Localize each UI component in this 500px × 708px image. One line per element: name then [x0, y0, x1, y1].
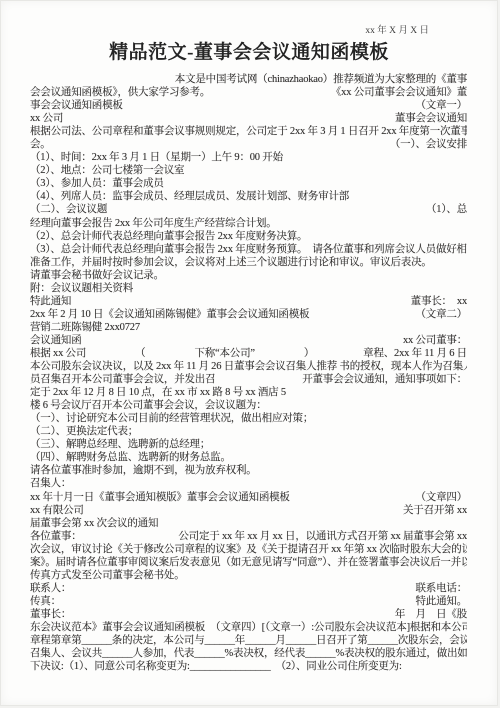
document-line: xx 公司董事会会议通知 [30, 112, 467, 125]
line-text: 本文是中国考试网（chinazhaokao）推荐频道为大家整理的《董事 [175, 73, 467, 86]
line-text: 定于 2xx 年 12 月 8 日 10 点，在 xx 市 xx 路 8 号 x… [30, 386, 286, 399]
line-text: 特此通知。 [416, 595, 468, 608]
line-text: 董事长： [30, 608, 71, 621]
document-line: 东会决议范本》董事会会议通知函模板 （文章四）[（文章一）:公司股东会决议范本]… [30, 621, 467, 634]
line-text: 届董事会第 xx 次会议的通知 [30, 517, 158, 530]
document-line: 定于 2xx 年 12 月 8 日 10 点，在 xx 市 xx 路 8 号 x… [30, 386, 467, 399]
document-line: 章程第章第______条的决定，本公司与______年______月______… [30, 634, 467, 647]
line-text: （一）、会议安排 [390, 138, 467, 151]
line-text: 楼 6 号会议厅召开本公司董事会会议，会议议题为： [30, 399, 267, 412]
line-text: 经理向董事会报告 2xx 年公司年度生产经营综合计划。 [30, 217, 277, 230]
line-text: 联系人： [30, 582, 71, 595]
line-text: 开董事会会议通知，通知事项如下： [302, 373, 467, 386]
line-text: 董事会会议通知 [395, 112, 467, 125]
line-text: （1）、总 [426, 203, 467, 216]
document-line: 附：会议议题相关资料 [30, 282, 467, 295]
document-line: xx 年十月一日《董事会通知模版》董事会会议通知函模板（文章四） [30, 491, 467, 504]
document-line: 请董事会秘书做好会议记录。 [30, 269, 467, 282]
line-text: 事会会议通知函模板 [30, 99, 123, 112]
line-text: 下称“本公司” [194, 347, 254, 360]
line-text: 根据 xx 公司 [30, 347, 86, 360]
line-text: （二）、会议议题 [30, 203, 107, 216]
document-line: 事会会议通知函模板（文章一） [30, 99, 467, 112]
line-text: 本公司股东会议决议，以及 2xx 年 11 月 26 日董事会会议召集人推荐 书… [30, 360, 467, 373]
document-line: 准备工作，并届时按时参加会议，会议将对上述三个议题进行讨论和审议。审议后表决。 [30, 256, 467, 269]
line-text: 召集人、会议共______人参加，代表______%表决权，经代表______%… [30, 647, 467, 660]
document-line: （2）、总会计师代表总经理向董事会报告 2xx 年度财务决算。 [30, 230, 467, 243]
line-text: xx 公司 [30, 112, 63, 125]
line-text: 请董事会秘书做好会议记录。 [30, 269, 164, 282]
document-body: 本文是中国考试网（chinazhaokao）推荐频道为大家整理的《董事会会议通知… [1, 73, 497, 673]
line-text: xx 公司董事： [403, 334, 467, 347]
line-text: 下决议:（1）、同意公司名称变更为:________________ （2）、同… [30, 660, 402, 673]
line-text: 各位董事： [30, 530, 82, 543]
document-line: （一）、讨论研究本公司目前的经营管理状况，做出相应对策； [30, 412, 467, 425]
line-text: （4）、列席人员：监事会成员、经理层成员、发展计划部、财务审计部 [30, 190, 349, 203]
line-text: 关于召开第 xx [403, 504, 467, 517]
document-line: 楼 6 号会议厅召开本公司董事会会议，会议议题为： [30, 399, 467, 412]
line-text: （ [135, 347, 145, 360]
document-line: 本公司股东会议决议，以及 2xx 年 11 月 26 日董事会会议召集人推荐 书… [30, 360, 467, 373]
page-title: 精品范文-董事会会议通知函模板 [1, 41, 497, 64]
line-text: （3）、参加人员：董事会成员 [30, 177, 164, 190]
line-text: 章程第章第______条的决定，本公司与______年______月______… [30, 634, 467, 647]
line-text: 附：会议议题相关资料 [30, 282, 133, 295]
document-line: 传真方式发至公司董事会秘书处。 [30, 569, 467, 582]
document-line: 会会议通知函模板》，供大家学习参考。《xx 公司董事会会议通知》董 [30, 86, 467, 99]
document-line: （3）、参加人员：董事会成员 [30, 177, 467, 190]
line-text: 传真方式发至公司董事会秘书处。 [30, 569, 185, 582]
line-text: 营销二班陈锡健 2xx0727 [30, 321, 140, 334]
document-line: 会议通知函xx 公司董事： [30, 334, 467, 347]
line-text: （三）、解聘总经理、选聘新的总经理； [30, 438, 210, 451]
line-text: xx 年十月一日《董事会通知模版》董事会会议通知函模板 [30, 491, 290, 504]
line-text: （文章一） [416, 99, 468, 112]
line-text: 东会决议范本》董事会会议通知函模板 （文章四）[（文章一）:公司股东会决议范本]… [30, 621, 467, 634]
line-text: 次会议，审议讨论《关于修改公司章程的议案》及《关于提请召开 xx 年第 xx 次… [30, 543, 467, 556]
document-page: xx 年 X 月 X 日 精品范文-董事会会议通知函模板 本文是中国考试网（ch… [0, 0, 498, 706]
line-text: 特此通知 [30, 295, 71, 308]
document-line: 各位董事：公司定于 xx 年 xx 月 xx 日，以通讯方式召开第 xx 届董事… [30, 530, 467, 543]
line-text: 2xx 年 2 月 10 日《会议通知函陈锡健》董事会会议通知函模板 [30, 308, 309, 321]
line-text: 案》。届时请各位董事审阅议案后发表意见（如无意见请写“同意”）、并在签署董事会决… [30, 556, 467, 569]
document-line: 召集人： [30, 477, 467, 490]
line-text: 会。 [30, 138, 51, 151]
document-line: 下决议:（1）、同意公司名称变更为:________________ （2）、同… [30, 660, 467, 673]
line-text: 根据公司法、公司章程和董事会议事规则规定，公司定于 2xx 年 3 月 1 日召… [30, 125, 467, 138]
document-line: 营销二班陈锡健 2xx0727 [30, 321, 467, 334]
line-text: xx 有限公司 [30, 504, 84, 517]
line-text: 准备工作，并届时按时参加会议，会议将对上述三个议题进行讨论和审议。审议后表决。 [30, 256, 432, 269]
line-text: 年 月 日《股 [395, 608, 467, 621]
document-line: 传真：特此通知。 [30, 595, 467, 608]
document-line: （四）、解聘财务总监、选聘新的财务总监。 [30, 451, 467, 464]
document-line: 董事长：年 月 日《股 [30, 608, 467, 621]
line-text: 请各位董事准时参加，逾期不到，视为放弃权利。 [30, 464, 257, 477]
document-line: （三）、解聘总经理、选聘新的总经理； [30, 438, 467, 451]
line-text: （一）、讨论研究本公司目前的经营管理状况，做出相应对策； [30, 412, 313, 425]
document-line: （二）、更换法定代表； [30, 425, 467, 438]
document-line: （2）、地点：公司七楼第一会议室 [30, 164, 467, 177]
document-line: 本文是中国考试网（chinazhaokao）推荐频道为大家整理的《董事 [30, 73, 467, 86]
line-text: 公司定于 xx 年 xx 月 xx 日，以通讯方式召开第 xx 届董事会第 xx [178, 530, 467, 543]
line-text: 《xx 公司董事会会议通知》董 [331, 86, 467, 99]
line-text: 章程、2xx 年 11 月 6 日 [363, 347, 467, 360]
line-text: 联系电话： [416, 582, 468, 595]
line-text: （文章四） [416, 491, 468, 504]
line-text: （2）、总会计师代表总经理向董事会报告 2xx 年度财务决算。 [30, 230, 307, 243]
document-date: xx 年 X 月 X 日 [1, 25, 497, 37]
document-line: 根据公司法、公司章程和董事会议事规则规定，公司定于 2xx 年 3 月 1 日召… [30, 125, 467, 138]
document-line: 特此通知董事长： xx [30, 295, 467, 308]
line-text: （四）、解聘财务总监、选聘新的财务总监。 [30, 451, 231, 464]
document-line: 员召集召开本公司董事会会议，并发出召开董事会会议通知，通知事项如下： [30, 373, 467, 386]
document-line: （二）、会议议题（1）、总 [30, 203, 467, 216]
document-line: （3）、总会计师代表总经理向董事会报告 2xx 年度财务预算。 请各位董事和列席… [30, 243, 467, 256]
line-text: 传真： [30, 595, 61, 608]
line-text: （3）、总会计师代表总经理向董事会报告 2xx 年度财务预算。 请各位董事和列席… [30, 243, 467, 256]
line-text: 召集人： [30, 477, 71, 490]
document-line: 请各位董事准时参加，逾期不到，视为放弃权利。 [30, 464, 467, 477]
line-text: （1）、时间：2xx 年 3 月 1 日（星期一）上午 9：00 开始 [30, 151, 283, 164]
document-line: （1）、时间：2xx 年 3 月 1 日（星期一）上午 9：00 开始 [30, 151, 467, 164]
document-line: 次会议，审议讨论《关于修改公司章程的议案》及《关于提请召开 xx 年第 xx 次… [30, 543, 467, 556]
line-text: （二）、更换法定代表； [30, 425, 138, 438]
document-line: 届董事会第 xx 次会议的通知 [30, 517, 467, 530]
document-line: 根据 xx 公司（下称“本公司”）章程、2xx 年 11 月 6 日 [30, 347, 467, 360]
document-line: 召集人、会议共______人参加，代表______%表决权，经代表______%… [30, 647, 467, 660]
line-text: （文章二） [416, 308, 468, 321]
document-line: 案》。届时请各位董事审阅议案后发表意见（如无意见请写“同意”）、并在签署董事会决… [30, 556, 467, 569]
document-line: xx 有限公司关于召开第 xx [30, 504, 467, 517]
document-line: 2xx 年 2 月 10 日《会议通知函陈锡健》董事会会议通知函模板（文章二） [30, 308, 467, 321]
line-text: 员召集召开本公司董事会会议，并发出召 [30, 373, 215, 386]
line-text: 会会议通知函模板》，供大家学习参考。 [30, 86, 210, 99]
line-text: 董事长： xx [411, 295, 467, 308]
line-text: 会议通知函 [30, 334, 82, 347]
line-text: （2）、地点：公司七楼第一会议室 [30, 164, 184, 177]
line-text: ） [304, 347, 314, 360]
document-line: 经理向董事会报告 2xx 年公司年度生产经营综合计划。 [30, 217, 467, 230]
document-line: 会。（一）、会议安排 [30, 138, 467, 151]
document-line: （4）、列席人员：监事会成员、经理层成员、发展计划部、财务审计部 [30, 190, 467, 203]
document-line: 联系人：联系电话： [30, 582, 467, 595]
